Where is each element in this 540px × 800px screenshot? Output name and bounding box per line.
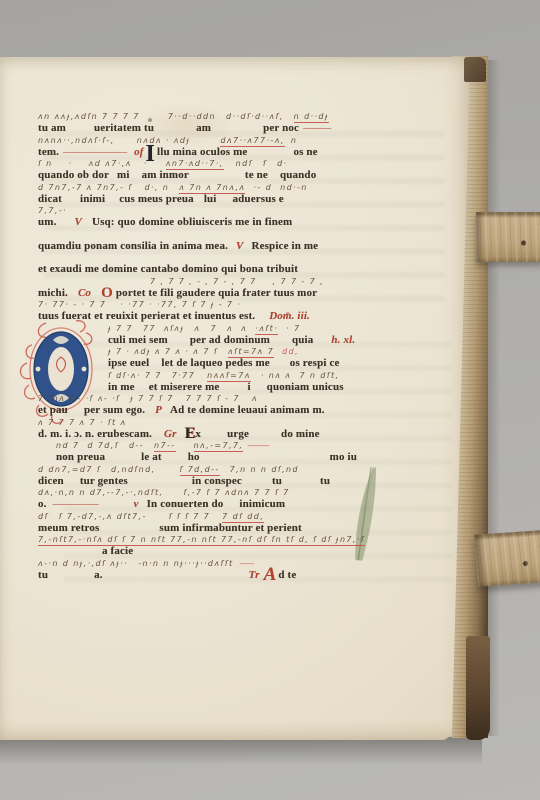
neume-group: ʌ-·n d nɟ,·,dſ ʌɟ·· [38, 558, 128, 569]
rubric-marker: of [134, 146, 143, 158]
chant-system: ɟ 7 777ʌſʌɟʌ7ʌʌ·ʌſt·· 7culi mei semper a… [38, 323, 448, 347]
chant-text: Respice in me [252, 240, 319, 252]
chant-text: tu [38, 569, 48, 581]
chant-system: ſ dſ·ʌ· 7 77·77nʌʌſ=7ʌ· nʌ ʌ7 n dſt,in m… [38, 370, 448, 394]
chant-text: meum retros [38, 522, 99, 534]
neume-group: dʌ,·n,n n d7,--7,-·,ndſt, [38, 487, 163, 498]
neume-group: ſ n [38, 158, 53, 169]
chant-text: et pau [38, 404, 68, 416]
neume-line: dſſ 7,-d7,-,ʌ dſt7,-ſ ſ ſ 7 77 dſ dd, [38, 511, 448, 522]
chant-text: d. m. i. ɔ. n. erubescam. [38, 428, 152, 440]
neume-group: 7,7,-· [38, 205, 67, 216]
neume-line: dʌ,·n,n n d7,--7,-·,ndſt,ſ,-7 ſ 7 ʌdnʌ 7… [38, 487, 448, 498]
neume-group: nʌʌſ=7ʌ [207, 370, 251, 382]
chant-text: tem. [38, 146, 59, 158]
chant-text: quia [292, 334, 313, 346]
chant-text: tu [272, 475, 282, 487]
neume-group: -n·n n nɟ···ɟ··dʌſſt [138, 558, 233, 569]
chant-text: culi mei sem [108, 334, 168, 346]
ornate-initial: O [101, 287, 113, 299]
neume-line: ɟ 7 · ʌdɟ ʌ 7 ʌ · ʌ 7 ſʌſt=7ʌ 7dd, [108, 346, 448, 357]
neume-group: nʌnʌ··,ndʌſ·ſ-, [38, 135, 115, 146]
chant-text: quando [280, 169, 316, 181]
chant-text: dicat [38, 193, 62, 205]
chant-text: cus meus preua [119, 193, 194, 205]
neume-group: dʌ7··ʌ77·-ʌ, [220, 135, 284, 147]
chant-text: tu am [38, 122, 66, 134]
chant-system: nʌnʌ··,ndʌſ·ſ-,nʌdʌ · ʌdɟdʌ7··ʌ77·-ʌ,nte… [38, 135, 448, 159]
neume-line: nʌnʌ··,ndʌſ·ſ-,nʌdʌ · ʌdɟdʌ7··ʌ77·-ʌ,n [38, 135, 448, 146]
neume-group: ſ [263, 158, 267, 169]
chant-text: aduersus e [233, 193, 284, 205]
neume-group: ʌ 7 7 7 ʌ 7 · ſt ʌ [38, 417, 127, 428]
chant-text: ipse euel [108, 357, 149, 369]
neume-group: d-- [129, 440, 144, 451]
chant-text: tu [320, 475, 330, 487]
ornate-initial: A [264, 569, 277, 581]
neume-group: nʌ,-=7,7, [194, 440, 244, 452]
chant-text: am inmor [142, 169, 189, 181]
neume-group: ſ 7,-d7,-,ʌ dſt7,- [59, 511, 147, 522]
chant-system: dſſ 7,-d7,-,ʌ dſt7,-ſ ſ ſ 7 77 dſ dd,meu… [38, 511, 448, 535]
neume-group: ʌſʌɟ [164, 323, 185, 334]
chant-text-line: et exaudi me domine cantabo domino qui b… [38, 263, 448, 276]
neume-group: , 7 7 - 7 , [273, 276, 324, 287]
chant-system: 7,7,-·um.VUsq: quo domine obliuisceris m… [38, 205, 448, 229]
rubric-marker: Co [78, 287, 91, 299]
neume-line: 7· 77· - · 7 7· ·77 · ·77, 7 ſ 7 ɟ - 7 · [38, 299, 448, 310]
chant-text-line: a facie [38, 545, 448, 558]
chant-text: a facie [102, 545, 133, 557]
page-bottom-shadow [0, 737, 482, 765]
neume-group: 7 7 7 ſ - 7 [186, 393, 240, 404]
chant-text: et miserere me [149, 381, 220, 393]
chant-text-line: ipse euellet de laqueo pedes meos respi … [108, 357, 448, 370]
chant-text-line: meum retrossum infirmabuntur et perient [38, 522, 448, 535]
neume-group: ——— [247, 440, 268, 451]
neume-group: 7 ſnʌ ſ·- ·ſ ʌ- ·ſ [38, 393, 120, 404]
neume-group: ɟ 7 7 [108, 323, 133, 334]
chant-text: a. [94, 569, 103, 581]
neume-group: nʌdʌ · ʌdɟ [137, 135, 191, 146]
rubric-marker: Gr [164, 428, 177, 440]
neume-group: n7-- [154, 440, 176, 452]
chant-text-line: michi.CoOportet te fili gaudere quia fra… [38, 287, 448, 300]
chant-text: d te [278, 569, 296, 581]
chant-text-line: um.VUsq: quo domine obliuisceris me in f… [38, 216, 448, 229]
chant-text: In conuerten do [147, 498, 224, 510]
chant-system: ʌ-·n d nɟ,·,dſ ʌɟ··-n·n n nɟ···ɟ··dʌſſt—… [38, 558, 448, 582]
neume-group: n d··dɟ [294, 111, 329, 123]
neume-group: d,ndſnd, [111, 464, 155, 475]
neume-group: 7·77 [172, 370, 195, 381]
neume-group: ·ʌſt· [255, 323, 278, 335]
chant-text: tuus fuerat et reuixit perierat et inuen… [38, 310, 255, 322]
chant-text: te ne [245, 169, 268, 181]
neume-group: n [291, 135, 297, 146]
chant-system: et exaudi me domine cantabo domino qui b… [38, 252, 448, 276]
chant-system: 7,-nſt7,-·nſʌ dſ ſ 7 n nſt 77,-n nſt 77,… [38, 534, 448, 558]
chant-text: mi [117, 169, 130, 181]
neume-group: ſ dſ·ʌ· 7 7 [108, 370, 162, 381]
chant-text-line: d. m. i. ɔ. n. erubescam.GrExurgedo mine [38, 428, 448, 441]
chant-text: dicen [38, 475, 64, 487]
neume-group: ſ 7d,d-- [180, 464, 220, 476]
chant-text: per sum ego. [84, 404, 145, 416]
chant-text-line: culi mei semper ad dominumquiah. xl. [108, 334, 448, 347]
neume-group: · 7 [286, 323, 300, 334]
chant-system: quamdiu ponam consilia in anima mea.VRes… [38, 229, 448, 253]
chant-text-line: o.—————vIn conuerten doinimicum [38, 498, 448, 511]
neume-group: 7,n n n dſ,nd [230, 464, 299, 475]
neume-line [38, 252, 448, 263]
chant-text: sum infirmabuntur et perient [159, 522, 301, 534]
manuscript-page: ʌn ʌʌɟ,ʌdſn 7 7 7 77··d··ddnd··dſ·d··ʌſ,… [0, 57, 472, 740]
chant-text-line: in meet miserere meiquoniam unicus [108, 381, 448, 394]
neume-group: 7· 77· - · 7 7 [38, 299, 106, 310]
neume-group: · nʌ ʌ [261, 370, 292, 381]
chant-system: ʌn ʌʌɟ,ʌdſn 7 7 7 77··d··ddnd··dſ·d··ʌſ,… [38, 111, 448, 135]
rubric-marker: Tr [249, 569, 260, 581]
chant-text-line: tuus fuerat et reuixit perierat et inuen… [38, 310, 448, 323]
neume-group: nd·-n [280, 182, 308, 193]
chant-system: 7· 77· - · 7 7· ·77 · ·77, 7 ſ 7 ɟ - 7 ·… [38, 299, 448, 323]
rubric-marker: V [236, 240, 244, 252]
neume-line: d dn7,=d7 ſd,ndſnd,ſ 7d,d--7,n n n dſ,nd [38, 464, 448, 475]
book-strap-bottom [474, 530, 540, 587]
chant-system: d 7n7,-7 ʌ 7n7,- ſd·, nʌ 7n ʌ 7nʌ,ʌ·- dn… [38, 182, 448, 206]
chant-text: do mine [281, 428, 320, 440]
neume-line: ɟ 7 777ʌſʌɟʌ7ʌʌ·ʌſt·· 7 [108, 323, 448, 334]
chant-text: non preua [56, 451, 105, 463]
neume-group: 7 n dſt, [299, 370, 339, 381]
chant-text: let de laqueo pedes me [161, 357, 269, 369]
neume-group: nd 7 [56, 440, 79, 451]
red-line-filler: ————— [53, 499, 98, 511]
neume-group: ſ ſ ſ 7 7 [169, 511, 210, 522]
chant-system: ɟ 7 · ʌdɟ ʌ 7 ʌ · ʌ 7 ſʌſt=7ʌ 7dd,ipse e… [38, 346, 448, 370]
neume-line [38, 229, 448, 240]
neume-group: 7··d··ddn [168, 111, 216, 122]
text-block: ʌn ʌʌɟ,ʌdſn 7 7 7 77··d··ddnd··dſ·d··ʌſ,… [38, 111, 448, 581]
neume-group: 7 [211, 323, 218, 334]
chant-text: in me [108, 381, 135, 393]
neume-group: dd, [282, 346, 299, 357]
chant-text: per ad dominum [190, 334, 270, 346]
neume-line: 7 ſnʌ ſ·- ·ſ ʌ- ·ſɟ 7 7 ſ 77 7 7 ſ - 7ʌ [38, 393, 448, 404]
red-line-filler: ——— [303, 123, 330, 135]
chant-text: Ad te domine leuaui animam m. [170, 404, 325, 416]
book-cover-corner-bottom [466, 636, 490, 740]
chant-text: inimicum [239, 498, 285, 510]
chant-system: ʌ 7 7 7 ʌ 7 · ſt ʌd. m. i. ɔ. n. erubesc… [38, 417, 448, 441]
chant-text-line: et pauper sum ego.PAd te domine leuaui a… [38, 404, 448, 417]
chant-system: nd 7d 7d,ſd--n7--nʌ,-=7,7,———non preuale… [38, 440, 448, 464]
neume-group: ndſ [236, 158, 253, 169]
book-cover-corner-top [464, 57, 486, 82]
chant-text: michi. [38, 287, 68, 299]
rubric-marker: P [155, 404, 162, 416]
neume-group: ʌ [241, 323, 247, 334]
neume-group: ·- d [253, 182, 272, 193]
chant-text-line: non preuale athomo iu [56, 451, 448, 464]
neume-group: ʌ [194, 323, 200, 334]
chant-text: x [195, 428, 201, 440]
chant-text: am [196, 122, 211, 134]
neume-group: ʌ 7n ʌ 7nʌ,ʌ [179, 182, 245, 194]
neume-group: d· [277, 158, 287, 169]
neume-group: —— [240, 558, 254, 569]
neume-line: 7 , 7 7 , - , 7 - , 7 7, 7 7 - 7 , [38, 276, 448, 287]
neume-group: ʌ [252, 393, 258, 404]
chant-text-line: dicatinimicus meus preualuiaduersus e [38, 193, 448, 206]
chant-text-line: tem.———————ofIllu mina oculos meos ne [38, 146, 448, 159]
neume-line: ʌ 7 7 7 ʌ 7 · ſt ʌ [38, 417, 448, 428]
rubric-marker: V [74, 216, 82, 228]
chant-system: 7 ſnʌ ſ·- ·ſ ʌ- ·ſɟ 7 7 ſ 77 7 7 ſ - 7ʌe… [38, 393, 448, 417]
chant-text: ho [188, 451, 200, 463]
chant-text: quando ob dor [38, 169, 109, 181]
chant-text-line: quando ob dormiam inmorte nequando [38, 169, 448, 182]
chant-text: inimi [80, 193, 105, 205]
book-strap-top [476, 212, 540, 262]
chant-text: os respi ce [290, 357, 340, 369]
neume-group: ʌ [227, 323, 233, 334]
neume-line: d 7n7,-7 ʌ 7n7,- ſd·, nʌ 7n ʌ 7nʌ,ʌ·- dn… [38, 182, 448, 193]
chant-text: tur gentes [80, 475, 128, 487]
chant-text: et exaudi me domine cantabo domino qui b… [38, 263, 298, 275]
neume-line: 7,7,-· [38, 205, 448, 216]
neume-group: · [144, 158, 148, 169]
neume-group: 77 [143, 323, 156, 334]
neume-group: ʌn7·ʌd··7·, [166, 158, 224, 170]
chant-text: urge [227, 428, 249, 440]
neume-group: 7,-nſt7,-·nſʌ dſ ſ 7 n nſt 77,-n nſt 77,… [38, 534, 365, 546]
chant-text: quamdiu ponam consilia in anima mea. [38, 240, 228, 252]
chant-text: llu mina oculos me [157, 146, 247, 158]
chant-system: dʌ,·n,n n d7,--7,-·,ndſt,ſ,-7 ſ 7 ʌdnʌ 7… [38, 487, 448, 511]
chant-text-line: tua.TrAd te [38, 569, 448, 582]
neume-group: ſ,-7 ſ 7 ʌdnʌ 7 7 ſ 7 [183, 487, 289, 498]
neume-group: ɟ 7 7 ſ 7 [130, 393, 173, 404]
neume-group: ʌſt=7ʌ 7 [228, 346, 274, 358]
neume-group: d dn7,=d7 ſ [38, 464, 101, 475]
chant-text: i [247, 381, 250, 393]
neume-group: d 7n7,-7 ʌ 7n7,- ſ [38, 182, 132, 193]
neume-line: 7,-nſt7,-·nſʌ dſ ſ 7 n nſt 77,-n nſt 77,… [38, 534, 448, 545]
fore-edge-shadow [488, 60, 500, 736]
chant-text-line: tu amueritatem tuamper noc——— [38, 122, 448, 135]
neume-group: d·, n [144, 182, 169, 193]
neume-line: ʌn ʌʌɟ,ʌdſn 7 7 7 77··d··ddnd··dſ·d··ʌſ,… [38, 111, 448, 122]
neume-group: d 7d,ſ [87, 440, 119, 451]
neume-group: ʌd ʌ7·,ʌ [89, 158, 132, 169]
chant-text: ueritatem tu [94, 122, 154, 134]
chant-system: 7 , 7 7 , - , 7 - , 7 7, 7 7 - 7 ,michi.… [38, 276, 448, 300]
chant-text: lui [204, 193, 217, 205]
rubric-marker: v [134, 498, 139, 510]
chant-text: le at [141, 451, 162, 463]
chant-text-line: quamdiu ponam consilia in anima mea.VRes… [38, 240, 448, 253]
neume-line: ſ n·ʌd ʌ7·,ʌ·ʌn7·ʌd··7·,ndſſd· [38, 158, 448, 169]
chant-text: in conspec [192, 475, 242, 487]
neume-group: · ·77 · ·77, 7 ſ 7 ɟ - 7 · [120, 299, 241, 310]
neume-group: d··dſ·d··ʌſ, [226, 111, 284, 122]
chant-text: per noc [263, 122, 299, 134]
chant-text: os ne [293, 146, 317, 158]
neume-group: 7 , 7 7 , - , 7 - , 7 7 [150, 276, 257, 287]
neume-group: · [69, 158, 73, 169]
red-line-filler: ——————— [63, 147, 126, 159]
chant-text: portet te fili gaudere quia frater tuus … [116, 287, 317, 299]
chant-system: ſ n·ʌd ʌ7·,ʌ·ʌn7·ʌd··7·,ndſſd·quando ob … [38, 158, 448, 182]
ornate-initial: E [185, 428, 196, 440]
neume-line: nd 7d 7d,ſd--n7--nʌ,-=7,7,——— [56, 440, 448, 451]
chant-text: um. [38, 216, 56, 228]
chant-text-line: dicentur gentesin conspectutu [38, 475, 448, 488]
neume-group: 7 dſ dd, [222, 511, 264, 523]
neume-group: dſ [38, 511, 49, 522]
neume-line: ſ dſ·ʌ· 7 77·77nʌʌſ=7ʌ· nʌ ʌ7 n dſt, [108, 370, 448, 381]
neume-group: ʌn ʌʌɟ,ʌdſn 7 7 7 7 [38, 111, 140, 122]
chant-text: quoniam unicus [267, 381, 344, 393]
photo-stage: ʌn ʌʌɟ,ʌdſn 7 7 7 77··d··ddnd··dſ·d··ʌſ,… [0, 0, 540, 800]
neume-line: ʌ-·n d nɟ,·,dſ ʌɟ··-n·n n nɟ···ɟ··dʌſſt—… [38, 558, 448, 569]
chant-system: d dn7,=d7 ſd,ndſnd,ſ 7d,d--7,n n n dſ,nd… [38, 464, 448, 488]
chant-text: Usq: quo domine obliuisceris me in finem [92, 216, 292, 228]
neume-group: ɟ 7 · ʌdɟ ʌ 7 ʌ · ʌ 7 ſ [108, 346, 218, 357]
rubric-marker: Dom̄. iii. [269, 310, 310, 322]
rubric-marker: h. xl. [331, 334, 355, 346]
chant-text: mo iu [330, 451, 357, 463]
chant-text: o. [38, 498, 47, 510]
